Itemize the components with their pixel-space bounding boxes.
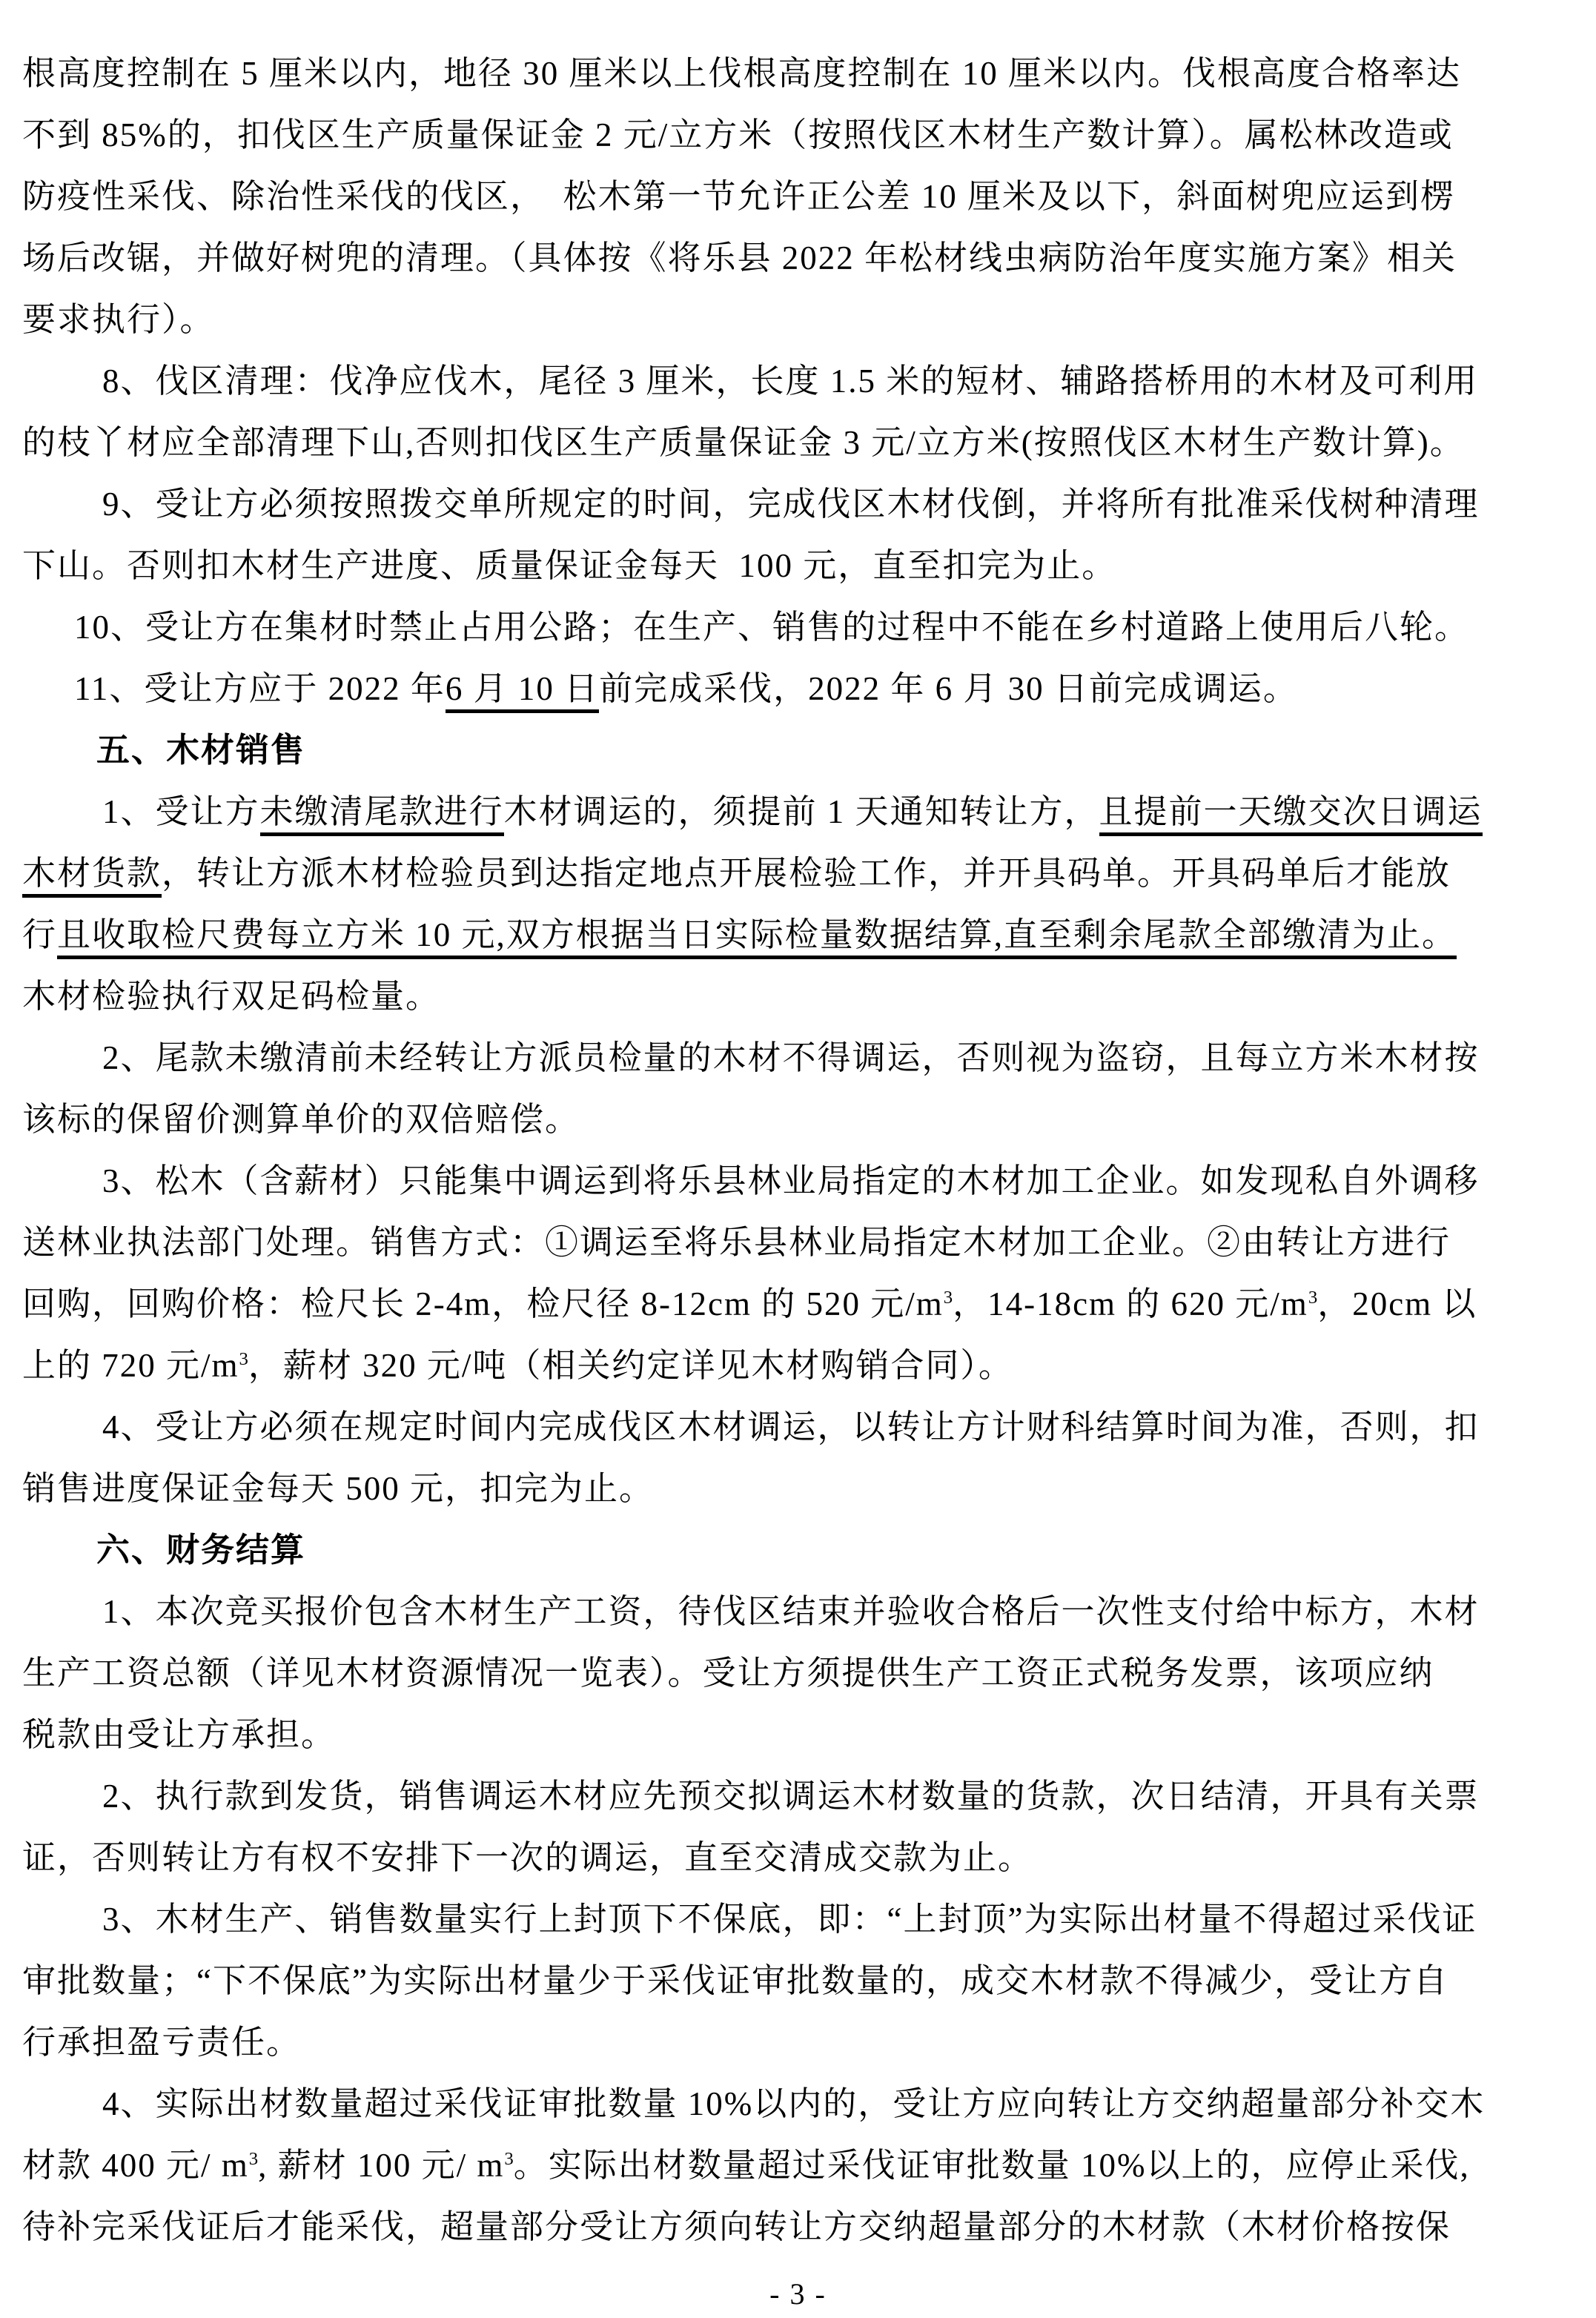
text-segment: 11、受让方应于 2022 年 [74, 670, 446, 707]
text-segment: 审批数量；“下不保底”为实际出材量少于采伐证审批数量的，成交木材款不得减少，受让… [22, 1962, 1448, 1999]
text-segment: 的枝丫材应全部清理下山,否则扣伐区生产质量保证金 3 元/立方米(按照伐区木材生… [22, 424, 1465, 461]
text-segment: 要求执行）。 [22, 301, 215, 338]
superscript-text: 3 [249, 2149, 258, 2169]
text-segment: 前完成采伐，2022 年 6 月 30 日前完成调运。 [599, 670, 1298, 707]
section-heading: 五、木材销售 [22, 720, 1574, 781]
text-segment: 8、伐区清理：伐净应伐木，尾径 3 厘米，长度 1.5 米的短材、辅路搭桥用的木… [102, 362, 1478, 400]
document-line: 送林业执法部门处理。销售方式：①调运至将乐县林业局指定木材加工企业。②由转让方进… [22, 1212, 1574, 1274]
text-segment: 回购，回购价格：检尺长 2-4m，检尺径 8-12cm 的 520 元/m [22, 1285, 944, 1322]
text-segment: , 薪材 100 元/ m [258, 2147, 504, 2184]
document-line: 的枝丫材应全部清理下山,否则扣伐区生产质量保证金 3 元/立方米(按照伐区木材生… [22, 412, 1574, 474]
text-segment: 1、本次竞买报价包含木材生产工资，待伐区结束并验收合格后一次性支付给中标方，木材 [102, 1593, 1480, 1630]
document-line: 证，否则转让方有权不安排下一次的调运，直至交清成交款为止。 [22, 1827, 1574, 1889]
document-line: 场后改锯，并做好树兜的清理。（具体按《将乐县 2022 年松材线虫病防治年度实施… [22, 228, 1574, 289]
document-line: 待补完采伐证后才能采伐，超量部分受让方须向转让方交纳超量部分的木材款（木材价格按… [22, 2196, 1574, 2258]
document-line: 8、伐区清理：伐净应伐木，尾径 3 厘米，长度 1.5 米的短材、辅路搭桥用的木… [22, 351, 1574, 412]
document-line: 3、木材生产、销售数量实行上封顶下不保底，即：“上封顶”为实际出材量不得超过采伐… [22, 1889, 1574, 1950]
underlined-text: 6 月 10 日 [446, 670, 599, 713]
text-segment: ，转让方派木材检验员到达指定地点开展检验工作，并开具码单。开具码单后才能放 [162, 855, 1451, 892]
text-segment: 4、受让方必须在规定时间内完成伐区木材调运，以转让方计财科结算时间为准，否则，扣 [102, 1408, 1480, 1446]
document-line: 2、尾款未缴清前未经转让方派员检量的木材不得调运，否则视为盗窃，且每立方米木材按 [22, 1027, 1574, 1089]
text-segment: 税款由受让方承担。 [22, 1716, 336, 1753]
text-segment: 生产工资总额（详见木材资源情况一览表）。受让方须提供生产工资正式税务发票，该项应… [22, 1655, 1434, 1692]
document-line: 不到 85%的，扣伐区生产质量保证金 2 元/立方米（按照伐区木材生产数计算）。… [22, 105, 1574, 166]
underlined-text: 且提前一天缴交次日调运 [1099, 793, 1483, 836]
text-segment: 防疫性采伐、除治性采伐的伐区， 松木第一节允许正公差 10 厘米及以下，斜面树兜… [22, 178, 1455, 215]
superscript-text: 3 [1308, 1288, 1317, 1308]
document-line: 1、本次竞买报价包含木材生产工资，待伐区结束并验收合格后一次性支付给中标方，木材 [22, 1581, 1574, 1643]
text-segment: 场后改锯，并做好树兜的清理。（具体按《将乐县 2022 年松材线虫病防治年度实施… [22, 239, 1457, 276]
text-segment: 4、实际出材数量超过采伐证审批数量 10%以内的，受让方应向转让方交纳超量部分补… [102, 2085, 1485, 2122]
document-line: 木材货款，转让方派木材检验员到达指定地点开展检验工作，并开具码单。开具码单后才能… [22, 843, 1574, 904]
text-segment: 行 [22, 916, 57, 953]
document-line: 木材检验执行双足码检量。 [22, 966, 1574, 1027]
underlined-text: 且收取检尺费每立方米 10 元, [57, 916, 506, 959]
text-segment: 该标的保留价测算单价的双倍赔偿。 [22, 1101, 580, 1138]
text-segment: 六、财务结算 [96, 1531, 305, 1569]
document-line: 回购，回购价格：检尺长 2-4m，检尺径 8-12cm 的 520 元/m3，1… [22, 1274, 1574, 1335]
document-line: 生产工资总额（详见木材资源情况一览表）。受让方须提供生产工资正式税务发票，该项应… [22, 1643, 1574, 1704]
document-line: 4、受让方必须在规定时间内完成伐区木材调运，以转让方计财科结算时间为准，否则，扣 [22, 1397, 1574, 1458]
superscript-text: 3 [504, 2149, 513, 2169]
text-segment: ，薪材 320 元/吨（相关约定详见木材购销合同）。 [248, 1347, 1013, 1384]
superscript-text: 3 [944, 1288, 953, 1308]
document-line: 2、执行款到发货，销售调运木材应先预交拟调运木材数量的货款，次日结清，开具有关票 [22, 1766, 1574, 1827]
superscript-text: 3 [239, 1349, 248, 1369]
underlined-text: 双方根据当日实际检量数据结算,直至剩余尾款全部缴清为止。 [506, 916, 1457, 959]
text-segment: 3、松木（含薪材）只能集中调运到将乐县林业局指定的木材加工企业。如发现私自外调移 [102, 1162, 1480, 1199]
text-segment: 待补完采伐证后才能采伐，超量部分受让方须向转让方交纳超量部分的木材款（木材价格按… [22, 2208, 1451, 2245]
text-segment: 木材检验执行双足码检量。 [22, 978, 440, 1015]
document-line: 行承担盈亏责任。 [22, 2012, 1574, 2073]
document-line: 审批数量；“下不保底”为实际出材量少于采伐证审批数量的，成交木材款不得减少，受让… [22, 1950, 1574, 2012]
text-segment: 不到 85%的，扣伐区生产质量保证金 2 元/立方米（按照伐区木材生产数计算）。… [22, 116, 1454, 153]
document-line: 10、受让方在集材时禁止占用公路；在生产、销售的过程中不能在乡村道路上使用后八轮… [22, 597, 1574, 658]
document-line: 行且收取检尺费每立方米 10 元,双方根据当日实际检量数据结算,直至剩余尾款全部… [22, 904, 1574, 966]
text-segment: 3、木材生产、销售数量实行上封顶下不保底，即：“上封顶”为实际出材量不得超过采伐… [102, 1901, 1477, 1938]
text-segment: 2、执行款到发货，销售调运木材应先预交拟调运木材数量的货款，次日结清，开具有关票 [102, 1778, 1480, 1815]
text-segment: 送林业执法部门处理。销售方式：①调运至将乐县林业局指定木材加工企业。②由转让方进… [22, 1224, 1451, 1261]
document-line: 销售进度保证金每天 500 元，扣完为止。 [22, 1458, 1574, 1520]
text-segment: 上的 720 元/m [22, 1347, 239, 1384]
document-line: 材款 400 元/ m3, 薪材 100 元/ m3。实际出材数量超过采伐证审批… [22, 2135, 1574, 2196]
document-line: 要求执行）。 [22, 289, 1574, 351]
text-segment: 证，否则转让方有权不安排下一次的调运，直至交清成交款为止。 [22, 1839, 1033, 1876]
document-line: 税款由受让方承担。 [22, 1704, 1574, 1766]
document-line: 根高度控制在 5 厘米以内，地径 30 厘米以上伐根高度控制在 10 厘米以内。… [22, 43, 1574, 105]
document-line: 该标的保留价测算单价的双倍赔偿。 [22, 1089, 1574, 1150]
text-segment: 销售进度保证金每天 500 元，扣完为止。 [22, 1470, 654, 1507]
text-segment: 。实际出材数量超过采伐证审批数量 10%以上的，应停止采伐, [514, 2147, 1470, 2184]
document-line: 3、松木（含薪材）只能集中调运到将乐县林业局指定的木材加工企业。如发现私自外调移 [22, 1150, 1574, 1212]
page-number: - 3 - [0, 2276, 1596, 2313]
document-line: 1、受让方未缴清尾款进行木材调运的，须提前 1 天通知转让方，且提前一天缴交次日… [22, 781, 1574, 843]
underlined-text: 未缴清尾款进行 [260, 793, 504, 836]
text-segment: 根高度控制在 5 厘米以内，地径 30 厘米以上伐根高度控制在 10 厘米以内。… [22, 55, 1461, 92]
document-line: 防疫性采伐、除治性采伐的伐区， 松木第一节允许正公差 10 厘米及以下，斜面树兜… [22, 166, 1574, 228]
document-line: 11、受让方应于 2022 年6 月 10 日前完成采伐，2022 年 6 月 … [22, 658, 1574, 720]
text-segment: 材款 400 元/ m [22, 2147, 249, 2184]
underlined-text: 木材货款 [22, 855, 162, 898]
text-segment: 2、尾款未缴清前未经转让方派员检量的木材不得调运，否则视为盗窃，且每立方米木材按 [102, 1039, 1480, 1076]
text-segment: 下山。否则扣木材生产进度、质量保证金每天 100 元，直至扣完为止。 [22, 547, 1116, 584]
document-line: 上的 720 元/m3，薪材 320 元/吨（相关约定详见木材购销合同）。 [22, 1335, 1574, 1397]
document-page: 根高度控制在 5 厘米以内，地径 30 厘米以上伐根高度控制在 10 厘米以内。… [0, 0, 1596, 2318]
section-heading: 六、财务结算 [22, 1520, 1574, 1581]
text-segment: ，14-18cm 的 620 元/m [953, 1285, 1308, 1322]
text-segment: 行承担盈亏责任。 [22, 2024, 301, 2061]
document-body: 根高度控制在 5 厘米以内，地径 30 厘米以上伐根高度控制在 10 厘米以内。… [0, 0, 1596, 2258]
document-line: 4、实际出材数量超过采伐证审批数量 10%以内的，受让方应向转让方交纳超量部分补… [22, 2073, 1574, 2135]
text-segment: 1、受让方 [102, 793, 260, 830]
text-segment: 9、受让方必须按照拨交单所规定的时间，完成伐区木材伐倒，并将所有批准采伐树种清理 [102, 486, 1480, 523]
text-segment: 五、木材销售 [96, 732, 305, 769]
text-segment: ，20cm 以 [1317, 1285, 1477, 1322]
text-segment: 10、受让方在集材时禁止占用公路；在生产、销售的过程中不能在乡村道路上使用后八轮… [74, 609, 1469, 646]
text-segment: 木材调运的，须提前 1 天通知转让方， [504, 793, 1099, 830]
document-line: 9、受让方必须按照拨交单所规定的时间，完成伐区木材伐倒，并将所有批准采伐树种清理 [22, 474, 1574, 535]
document-line: 下山。否则扣木材生产进度、质量保证金每天 100 元，直至扣完为止。 [22, 535, 1574, 597]
